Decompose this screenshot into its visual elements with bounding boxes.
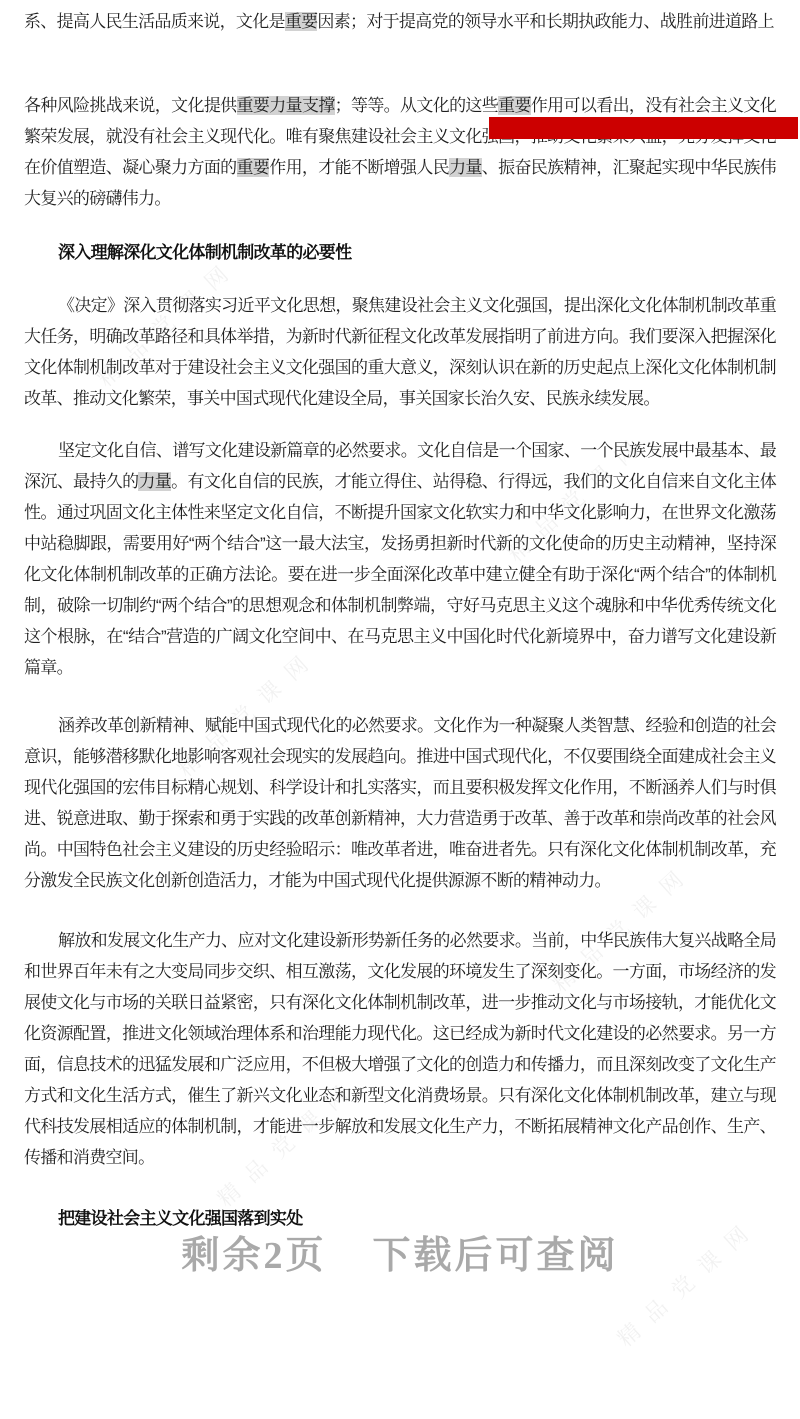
- paragraph-decision: 《决定》深入贯彻落实习近平文化思想，聚焦建设社会主义文化强国，提出深化文化体制机…: [24, 290, 776, 414]
- paragraph-productivity: 解放和发展文化生产力、应对文化建设新形势新任务的必然要求。当前，中华民族伟大复兴…: [24, 925, 776, 1173]
- paragraph-reform-spirit: 涵养改革创新精神、赋能中国式现代化的必然要求。文化作为一种凝聚人类智慧、经验和创…: [24, 710, 776, 896]
- document-page: 精品党课网精品党课网精品党课网精品党课网精品党课网精品党课网 系、提高人民生活品…: [0, 0, 800, 1419]
- footer-watermark: 剩余2页下载后可查阅: [24, 1234, 776, 1278]
- paragraph-culture-power: 各种风险挑战来说，文化提供重要力量支撑；等等。从文化的这些重要作用可以看出，没有…: [24, 90, 776, 214]
- download-hint-label: 下载后可查阅: [373, 1235, 619, 1277]
- paragraph-continuation: 系、提高人民生活品质来说，文化是重要因素；对于提高党的领导水平和长期执政能力、战…: [24, 6, 776, 37]
- remaining-pages-label: 剩余2页: [181, 1235, 326, 1277]
- paragraph-cultural-confidence: 坚定文化自信、谱写文化建设新篇章的必然要求。文化自信是一个国家、一个民族发展中最…: [24, 435, 776, 683]
- section-heading-necessity: 深入理解深化文化体制机制改革的必要性: [24, 237, 776, 268]
- section-heading-implementation: 把建设社会主义文化强国落到实处: [24, 1203, 776, 1234]
- document-body: 系、提高人民生活品质来说，文化是重要因素；对于提高党的领导水平和长期执政能力、战…: [0, 6, 800, 1278]
- redaction-bar: [489, 117, 798, 139]
